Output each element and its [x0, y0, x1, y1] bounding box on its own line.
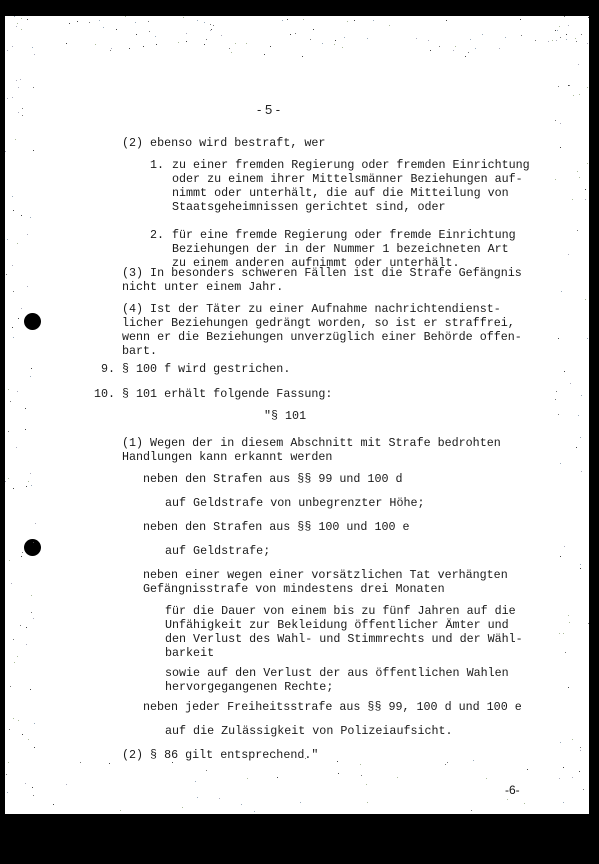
item-10-number: 10.: [94, 387, 115, 401]
para-4-line: wenn er die Beziehungen unverzüglich ein…: [122, 330, 522, 344]
list-item-1-line: oder zu einem ihrer Mittelsmänner Bezieh…: [172, 172, 523, 186]
clause-b: neben den Strafen aus §§ 100 und 100 e: [143, 520, 410, 534]
list-item-2-line: für eine fremde Regierung oder fremde Ei…: [172, 228, 516, 242]
item-10-text: § 101 erhält folgende Fassung:: [122, 387, 332, 401]
list-item-1-number: 1.: [150, 158, 164, 172]
clause-a-result: auf Geldstrafe von unbegrenzter Höhe;: [165, 496, 425, 510]
para-3-line: nicht unter einem Jahr.: [122, 280, 283, 294]
s101-para-2: (2) § 86 gilt entsprechend.": [122, 748, 318, 762]
item-9-text: § 100 f wird gestrichen.: [122, 362, 290, 376]
clause-c-result-1-line: barkeit: [165, 646, 214, 660]
list-item-1-line: nimmt oder unterhält, die auf die Mittei…: [172, 186, 509, 200]
clause-c-line: neben einer wegen einer vorsätzlichen Ta…: [143, 568, 508, 582]
list-item-1-line: Staatsgeheimnissen gerichtet sind, oder: [172, 200, 446, 214]
punch-hole-top: [24, 313, 41, 330]
page-number-header: - 5 -: [257, 103, 280, 117]
list-item-1-line: zu einer fremden Regierung oder fremden …: [172, 158, 530, 172]
para-4-line: licher Beziehungen gedrängt worden, so i…: [122, 316, 515, 330]
list-item-2-number: 2.: [150, 228, 164, 242]
page-number-footer: -6-: [505, 783, 520, 797]
clause-c-line: Gefängnisstrafe von mindestens drei Mona…: [143, 582, 445, 596]
clause-c-result-2-line: hervorgegangenen Rechte;: [165, 680, 333, 694]
clause-a: neben den Strafen aus §§ 99 und 100 d: [143, 472, 403, 486]
para-3-line: (3) In besonders schweren Fällen ist die…: [122, 266, 522, 280]
clause-c-result-2-line: sowie auf den Verlust der aus öffentlich…: [165, 666, 509, 680]
document-page: - 5 - (2) ebenso wird bestraft, wer 1. z…: [5, 16, 589, 814]
clause-d: neben jeder Freiheitsstrafe aus §§ 99, 1…: [143, 700, 522, 714]
para-4-line: (4) Ist der Täter zu einer Aufnahme nach…: [122, 302, 501, 316]
clause-c-result-1-line: Unfähigkeit zur Bekleidung öffentlicher …: [165, 618, 509, 632]
para-4-line: bart.: [122, 344, 157, 358]
item-9-number: 9.: [101, 362, 115, 376]
section-heading: "§ 101: [264, 409, 306, 423]
s101-para-1-line: Handlungen kann erkannt werden: [122, 450, 332, 464]
list-item-2-line: Beziehungen der in der Nummer 1 bezeichn…: [172, 242, 509, 256]
clause-c-result-1-line: für die Dauer von einem bis zu fünf Jahr…: [165, 604, 516, 618]
s101-para-1-line: (1) Wegen der in diesem Abschnitt mit St…: [122, 436, 501, 450]
clause-b-result: auf Geldstrafe;: [165, 544, 270, 558]
clause-d-result: auf die Zulässigkeit von Polizeiaufsicht…: [165, 724, 453, 738]
clause-c-result-1-line: den Verlust des Wahl- und Stimmrechts un…: [165, 632, 523, 646]
para-2-intro: (2) ebenso wird bestraft, wer: [122, 136, 325, 150]
